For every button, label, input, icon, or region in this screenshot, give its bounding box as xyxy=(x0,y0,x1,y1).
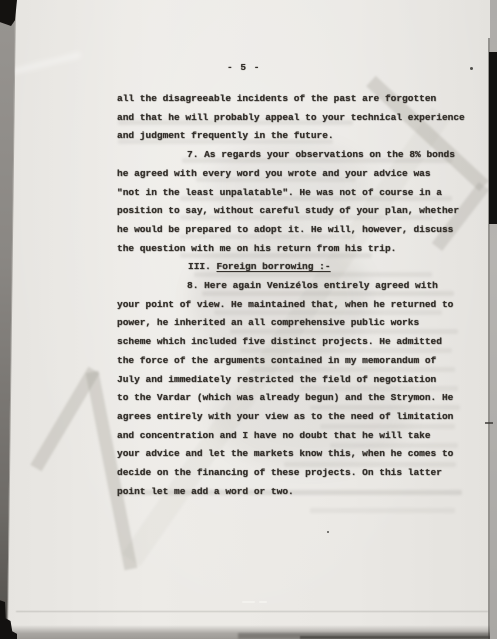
typed-line: and judgment frequently in the future. xyxy=(117,129,334,142)
typed-line: he would be prepared to adopt it. He wil… xyxy=(117,223,453,236)
page-number: - 5 - xyxy=(227,62,261,73)
scanned-document-page: - 5 - all the disagreeable incidents of … xyxy=(0,0,497,639)
typed-line: position to say, without careful study o… xyxy=(117,204,459,217)
typed-line: point let me add a word or two. xyxy=(117,485,294,498)
typed-line: July and immediately restricted the fiel… xyxy=(117,373,436,386)
typed-line: decide on the financing of these project… xyxy=(117,466,442,479)
paper-sheet: - 5 - all the disagreeable incidents of … xyxy=(0,0,497,639)
typed-line: the force of the arguments contained in … xyxy=(117,354,436,367)
typed-line: all the disagreeable incidents of the pa… xyxy=(117,92,436,105)
typed-line: and that he will probably appeal to your… xyxy=(117,111,465,124)
typed-line: scheme which included five distinct proj… xyxy=(117,335,442,348)
typed-line: 8. Here again Venizélos entirely agreed … xyxy=(187,279,438,292)
ghost-text-line xyxy=(240,348,452,353)
typed-line: 7. As regards your observations on the 8… xyxy=(187,148,455,161)
ghost-text-line xyxy=(230,329,458,334)
ghost-text-line xyxy=(214,310,442,315)
typed-line: agrees entirely with your view as to the… xyxy=(117,410,453,423)
ink-speck xyxy=(470,67,473,70)
ghost-text-line xyxy=(310,508,455,513)
typed-line: "not in the least unpalatable". He was n… xyxy=(117,186,442,199)
ink-speck xyxy=(327,531,329,533)
typed-line: your advice and let the markets know thi… xyxy=(117,447,453,460)
ghost-text-line xyxy=(250,367,455,372)
bottom-crease-line xyxy=(16,611,488,612)
typed-line: to the Vardar (which was already begun) … xyxy=(117,391,453,404)
typed-line: he agreed with every word you wrote and … xyxy=(117,167,431,180)
bottom-light-dash xyxy=(259,601,267,603)
typed-line: the question with me on his return from … xyxy=(117,242,396,255)
typed-line: power, he inherited an all comprehensive… xyxy=(117,316,419,329)
typed-line: and concentration and I have no doubt th… xyxy=(117,429,431,442)
right-edge-tick-mark xyxy=(485,422,493,424)
typed-line: your point of view. He maintained that, … xyxy=(117,298,453,311)
right-edge-black-strip xyxy=(489,52,497,224)
bottom-light-dash xyxy=(242,601,255,603)
typed-line: III. Foreign borrowing :- xyxy=(188,260,331,273)
